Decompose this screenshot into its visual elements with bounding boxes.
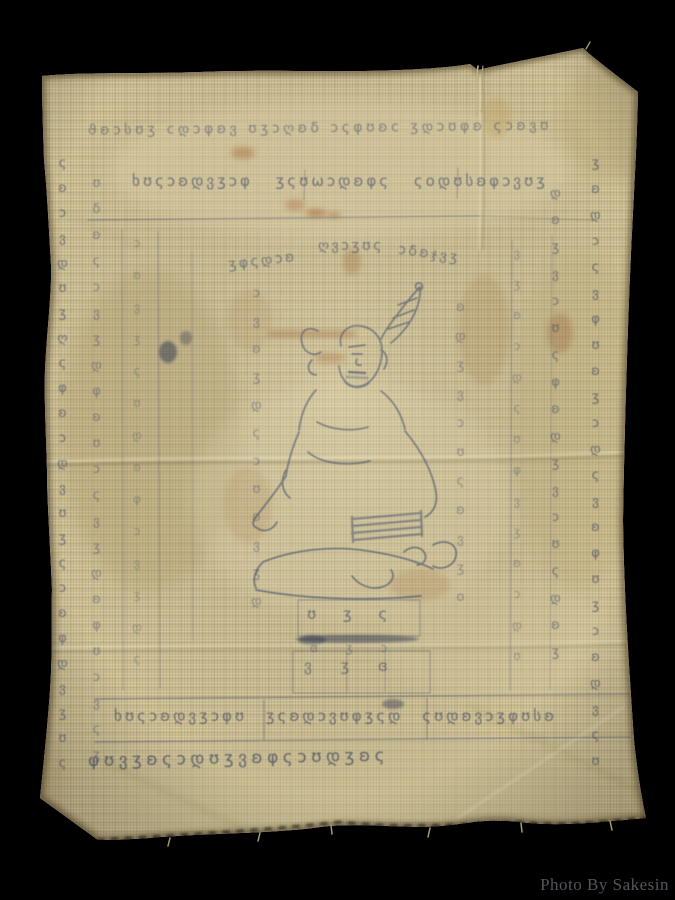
- watermark-credit: Photo By Sakesin: [540, 875, 669, 895]
- cloth-shape: [0, 0, 675, 900]
- photo-canvas: ϑʚɔსʊʒ cდɔφʚვ ʊʒɔღʚδ ɔςφʊʚc ʒდɔʊφʚ ςɔʚვʊ…: [0, 0, 675, 900]
- cloth-artwork: [0, 0, 675, 900]
